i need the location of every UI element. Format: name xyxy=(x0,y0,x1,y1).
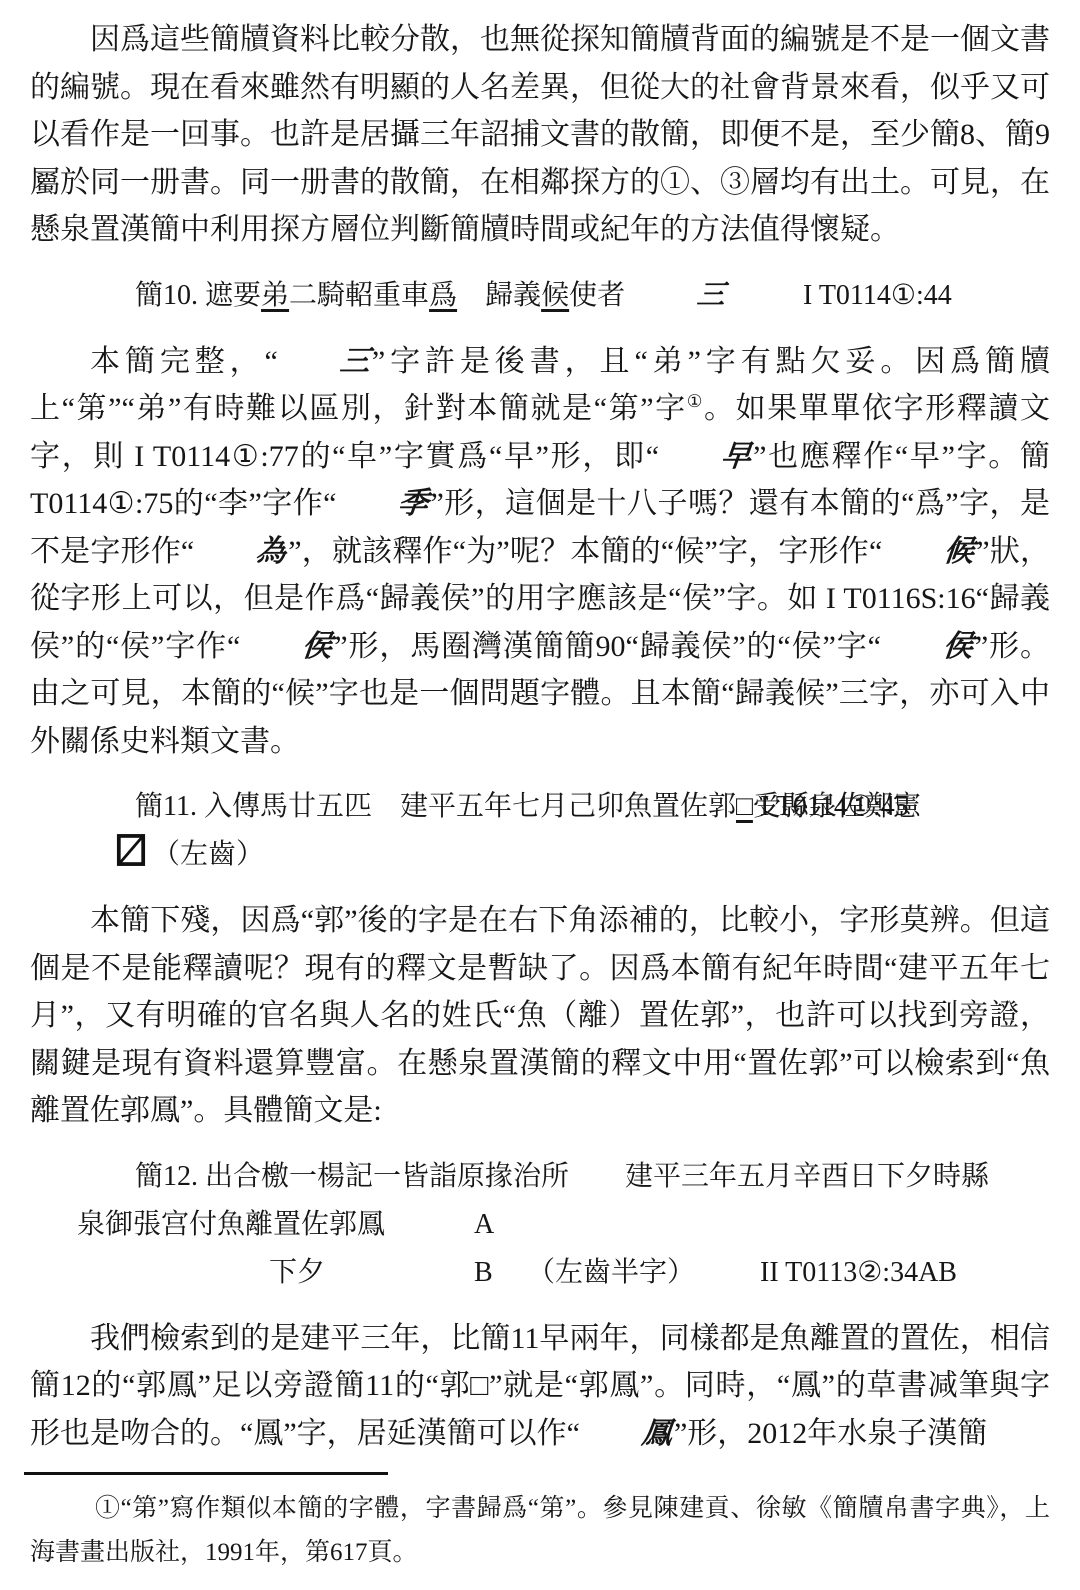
slip11-text-a: 入傳馬廿五匹 建平五年七月己卯魚置佐郭 xyxy=(197,791,736,822)
slip12-side-a-label: A xyxy=(474,1201,494,1249)
footnote-body: “第”寫作類似本簡的字體，字書歸爲“第”。參見陳建貢、徐敏《簡牘帛書字典》，上海… xyxy=(30,1495,1050,1566)
slip10-underlined-hou: 候 xyxy=(541,280,569,311)
footnote-area: ①“第”寫作類似本簡的字體，字書歸爲“第”。參見陳建貢、徐敏《簡牘帛書字典》，上… xyxy=(30,1472,1050,1575)
handwritten-glyph-san: 三 xyxy=(275,338,374,386)
handwritten-glyph-feng: 鳳 xyxy=(577,1410,676,1458)
slip12-label: 簡12. xyxy=(135,1161,198,1192)
slip12-transcription: 簡12. 出合檄一楊記一皆詣原掾治所 建平三年五月辛酉日下夕時縣 泉御張宫付魚離… xyxy=(30,1153,1050,1297)
slip11-line-2: （左齒） I T0114①:45 xyxy=(30,831,1050,879)
handwritten-glyph-wei: 為 xyxy=(192,528,291,576)
document-page: 因爲這些簡牘資料比較分散，也無從探知簡牘背面的編號是不是一個文書的編號。現在看來… xyxy=(0,0,1080,1590)
footnote-separator xyxy=(24,1472,388,1475)
slip11-transcription: 簡11. 入傳馬廿五匹 建平五年七月己卯魚置佐郭□受縣泉佐鄭憲 （左齒） I T… xyxy=(30,783,1050,879)
slip12-side-b-label: B xyxy=(474,1249,493,1297)
slip12-text-3: 下夕 xyxy=(269,1249,325,1297)
paragraph-1-text: 因爲這些簡牘資料比較分散，也無從探知簡牘背面的編號是不是一個文書的編號。現在看來… xyxy=(30,23,1050,246)
slip10-text-a: 遮要 xyxy=(198,280,261,311)
missing-character-box: □ xyxy=(736,791,753,822)
paragraph-2-text: 本簡完整，“ xyxy=(90,345,278,378)
paragraph-1: 因爲這些簡牘資料比較分散，也無從探知簡牘背面的編號是不是一個文書的編號。現在看來… xyxy=(30,16,1050,254)
slip11-label: 簡11. xyxy=(135,791,197,822)
footnote-reference-mark: ① xyxy=(687,391,704,411)
handwritten-glyph-hou2: 侯 xyxy=(238,623,337,671)
paragraph-3-text: 本簡下殘，因爲“郭”後的字是在右下角添補的，比較小，字形莫辨。但這個是不是能釋讀… xyxy=(30,904,1050,1127)
paragraph-3: 本簡下殘，因爲“郭”後的字是在右下角添補的，比較小，字形莫辨。但這個是不是能釋讀… xyxy=(30,897,1050,1135)
handwritten-glyph-hou1: 候 xyxy=(880,528,979,576)
slip10-text-d: 使者 xyxy=(569,280,625,311)
slip10-transcription-line: 簡10. 遮要弟二騎軺重車爲 歸義候使者 三 I T0114①:44 xyxy=(30,272,1050,320)
broken-slip-mark-icon xyxy=(116,833,146,867)
slip12-line-1: 簡12. 出合檄一楊記一皆詣原掾治所 建平三年五月辛酉日下夕時縣 xyxy=(30,1153,1050,1201)
paragraph-4: 我們檢索到的是建平三年，比簡11早兩年，同樣都是魚離置的置佐，相信簡12的“郭鳳… xyxy=(30,1315,1050,1458)
slip10-text-c: 歸義 xyxy=(457,280,541,311)
slip11-catalog-ref: I T0114①:45 xyxy=(760,783,909,831)
footnote-text: ①“第”寫作類似本簡的字體，字書歸爲“第”。參見陳建貢、徐敏《簡牘帛書字典》，上… xyxy=(30,1487,1050,1575)
footnote-marker: ① xyxy=(95,1495,121,1522)
slip10-tally-glyph-image: 三 xyxy=(692,272,729,320)
slip12-text-1: 出合檄一楊記一皆詣原掾治所 建平三年五月辛酉日下夕時縣 xyxy=(198,1161,989,1192)
paragraph-2-text: ”形，馬圈灣漢簡簡90“歸義侯”的“侯”字“ xyxy=(334,630,881,663)
handwritten-glyph-zao: 早 xyxy=(657,433,756,481)
slip10-underlined-di: 弟 xyxy=(261,280,289,311)
paragraph-4-text: ”形，2012年水泉子漢簡 xyxy=(674,1417,987,1450)
handwritten-glyph-hou3: 侯 xyxy=(878,623,977,671)
slip10-label: 簡10. xyxy=(135,280,198,311)
slip10-catalog-ref: I T0114①:44 xyxy=(803,272,952,320)
document-content: 因爲這些簡牘資料比較分散，也無從探知簡牘背面的編號是不是一個文書的編號。現在看來… xyxy=(30,16,1050,1457)
handwritten-glyph-li: 季 xyxy=(334,480,433,528)
slip12-line-2: 泉御張宫付魚離置佐郭鳳 A xyxy=(30,1201,1050,1249)
slip12-catalog-ref: II T0113②:34AB xyxy=(760,1249,957,1297)
paragraph-2-text: ”，就該釋作“为”呢？本簡的“候”字，字形作“ xyxy=(288,535,882,568)
slip12-text-2: 泉御張宫付魚離置佐郭鳳 xyxy=(77,1209,385,1240)
slip12-side-note: （左齒半字） xyxy=(527,1249,695,1297)
slip10-underlined-wei: 爲 xyxy=(429,280,457,311)
paragraph-2: 本簡完整，“三”字許是後書，且“弟”字有點欠妥。因爲簡牘上“第”“弟”有時難以區… xyxy=(30,338,1050,766)
slip11-side-note: （左齒） xyxy=(152,839,264,870)
slip10-text-b: 二騎軺重車 xyxy=(289,280,429,311)
slip12-line-3: 下夕 B （左齒半字） II T0113②:34AB xyxy=(30,1249,1050,1297)
